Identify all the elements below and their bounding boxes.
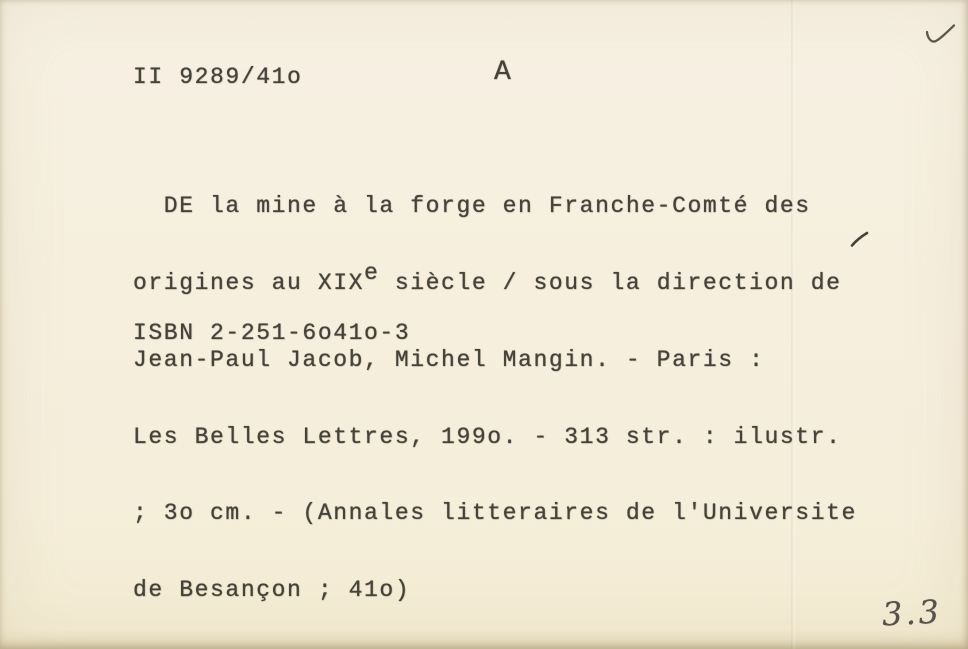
isbn: ISBN 2-251-6o41o-3 (133, 320, 410, 346)
heading-letter: A (494, 57, 512, 88)
description-line-2: origines au XIXe siècle / sous la direct… (133, 271, 857, 297)
handwritten-grade: 3.3 (881, 592, 943, 633)
handwritten-checkmark-icon (924, 22, 958, 48)
description-line-1: DE la mine à la forge en Franche-Comté d… (133, 194, 857, 220)
description-line-2-rest: siècle / sous la direction de (379, 270, 841, 296)
description-line-2-text: origines au XIX (133, 270, 364, 296)
description-line-6: de Besançon ; 41o) (133, 578, 857, 604)
description-line-4: Les Belles Lettres, 199o. - 313 str. : i… (133, 425, 857, 451)
bibliographic-description: DE la mine à la forge en Franche-Comté d… (133, 143, 857, 649)
superscript-e: e (364, 261, 379, 287)
description-line-5: ; 3o cm. - (Annales litteraires de l'Uni… (133, 501, 857, 527)
shelfmark: II 9289/41o (133, 64, 302, 90)
description-line-3: Jean-Paul Jacob, Michel Mangin. - Paris … (133, 348, 857, 374)
catalog-card: II 9289/41o A DE la mine à la forge en F… (0, 0, 968, 649)
